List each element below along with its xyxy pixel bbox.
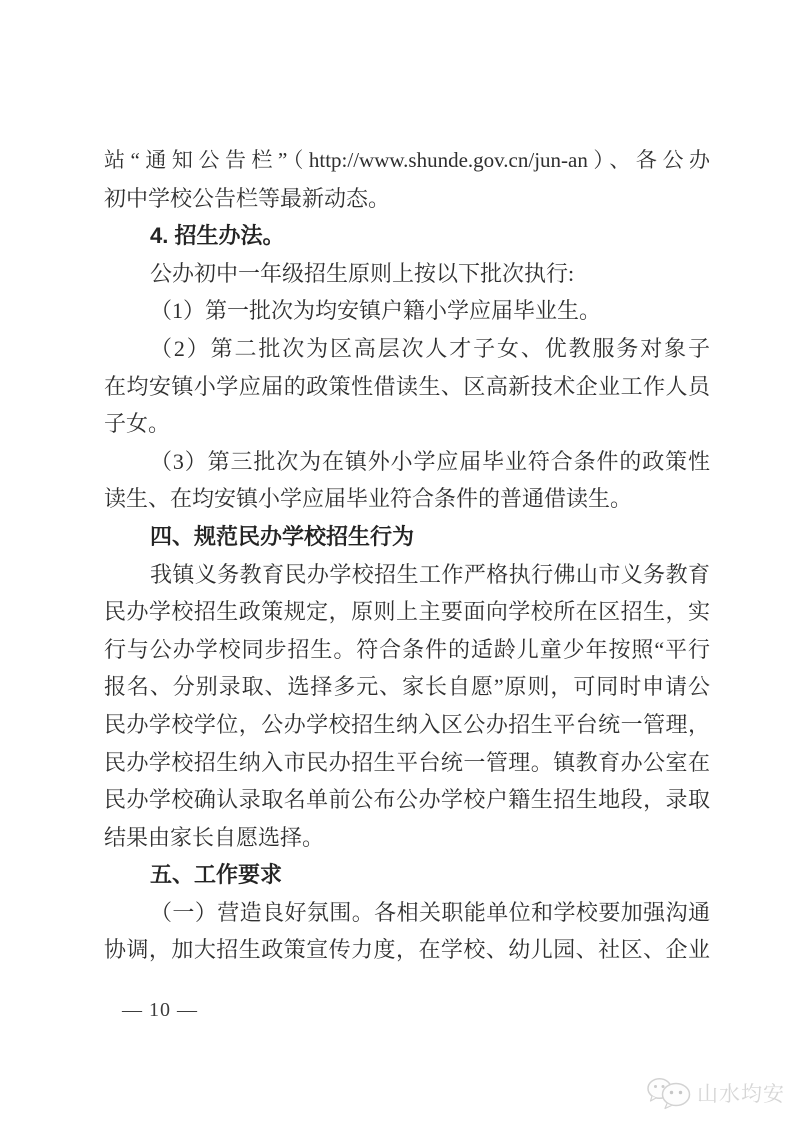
text-line: 行与公办学校同步招生。符合条件的适龄儿童少年按照“平行	[104, 631, 710, 669]
text-line: 民办学校招生政策规定，原则上主要面向学校所在区招生，实	[104, 593, 710, 631]
watermark-label: 山水均安	[697, 1078, 785, 1108]
text-line: 公办初中一年级招生原则上按以下批次执行:	[104, 255, 710, 293]
document-body: 站“通知公告栏”（http://www.shunde.gov.cn/jun-an…	[104, 142, 710, 969]
text-line: （1）第一批次为均安镇户籍小学应届毕业生。	[104, 292, 710, 330]
page-number: — 10 —	[122, 999, 198, 1022]
text-line: 读生、在均安镇小学应届毕业符合条件的普通借读生。	[104, 480, 710, 518]
heading-line: 4. 招生办法。	[104, 217, 710, 255]
text-line: 初中学校公告栏等最新动态。	[104, 180, 710, 218]
wechat-icon	[646, 1076, 692, 1110]
watermark: 山水均安	[646, 1076, 785, 1110]
text-line: （一）营造良好氛围。各相关职能单位和学校要加强沟通	[104, 894, 710, 932]
text-line: 民办学校学位，公办学校招生纳入区公办招生平台统一管理，	[104, 706, 710, 744]
text-line: 民办学校招生纳入市民办招生平台统一管理。镇教育办公室在	[104, 744, 710, 782]
text-line: 子女。	[104, 405, 710, 443]
text-line: 协调，加大招生政策宣传力度，在学校、幼儿园、社区、企业	[104, 931, 710, 969]
text-line: 在均安镇小学应届的政策性借读生、区高新技术企业工作人员	[104, 368, 710, 406]
text-line: （3）第三批次为在镇外小学应届毕业符合条件的政策性借	[104, 443, 710, 481]
text-line: 结果由家长自愿选择。	[104, 819, 710, 857]
text-line: 站“通知公告栏”（http://www.shunde.gov.cn/jun-an…	[104, 142, 710, 180]
heading-line: 四、规范民办学校招生行为	[104, 518, 710, 556]
heading-line: 五、工作要求	[104, 856, 710, 894]
text-line: 我镇义务教育民办学校招生工作严格执行佛山市义务教育	[104, 556, 710, 594]
text-line: 报名、分别录取、选择多元、家长自愿”原则，可同时申请公	[104, 668, 710, 706]
document-page: 站“通知公告栏”（http://www.shunde.gov.cn/jun-an…	[0, 0, 800, 1131]
text-line: 民办学校确认录取名单前公布公办学校户籍生招生地段，录取	[104, 781, 710, 819]
text-line: （2）第二批次为区高层次人才子女、优教服务对象子女、	[104, 330, 710, 368]
